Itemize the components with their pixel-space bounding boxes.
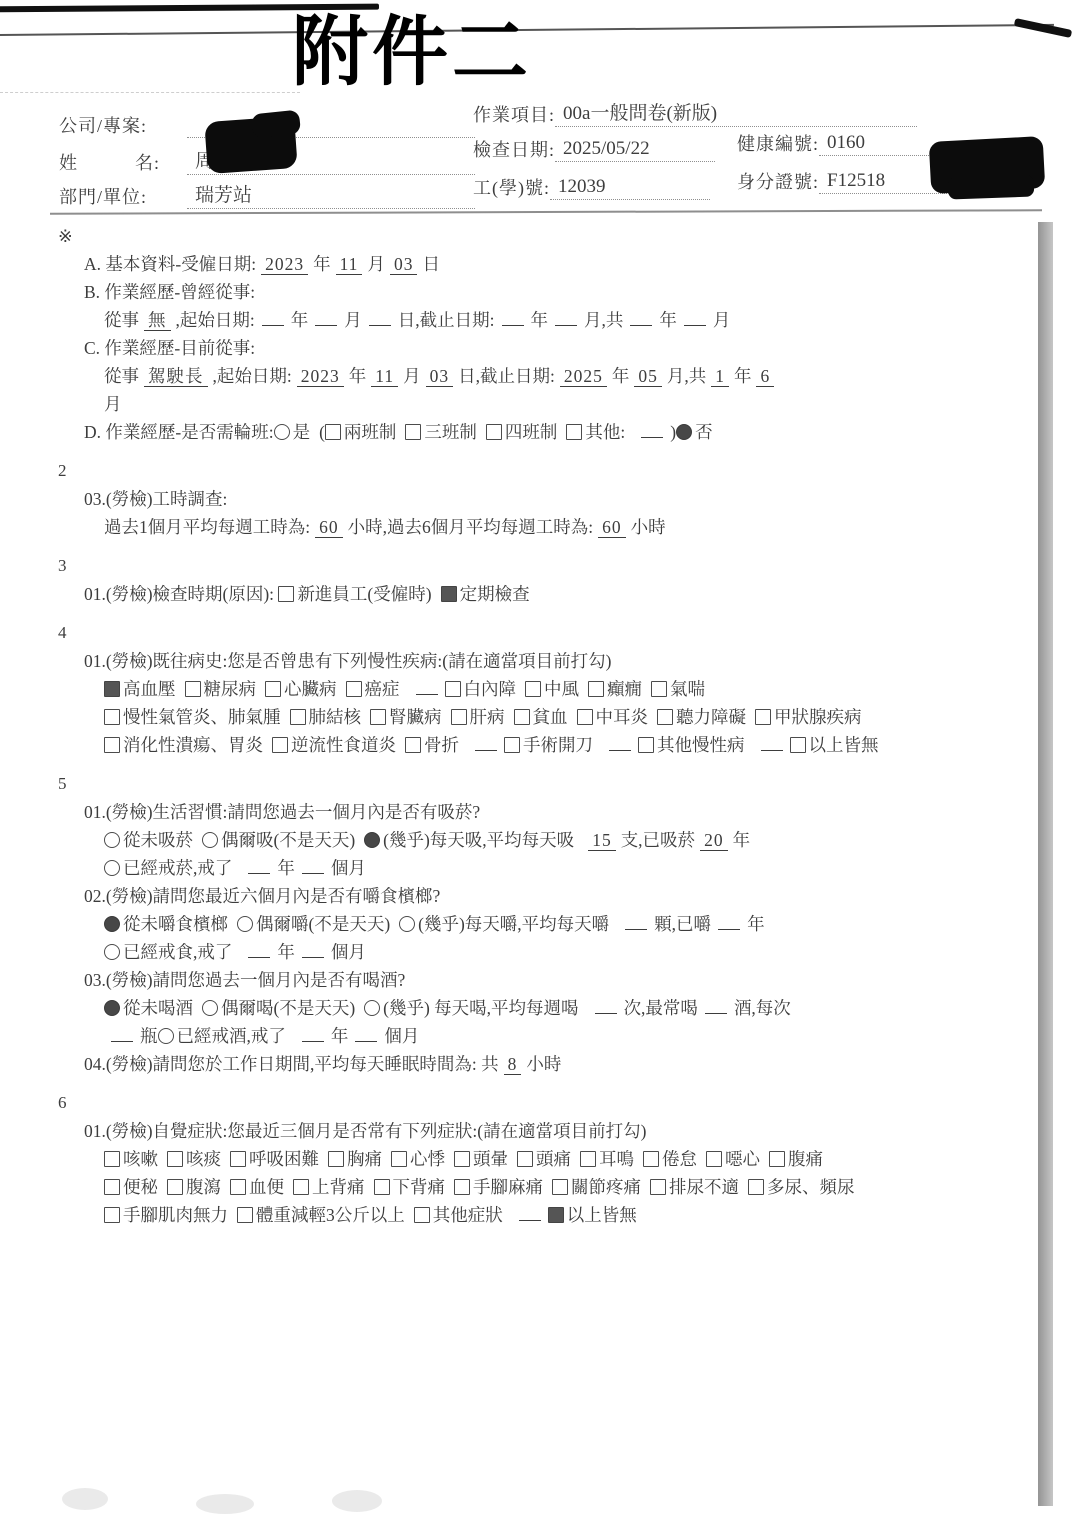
radio-icon[interactable] bbox=[104, 860, 120, 876]
option-label: 關節疼痛 bbox=[571, 1177, 641, 1197]
checkbox-option[interactable]: 骨折 bbox=[405, 735, 459, 755]
text-segment: 5 bbox=[58, 774, 67, 793]
checkbox-icon[interactable] bbox=[265, 681, 281, 697]
text-segment: 瓶 bbox=[140, 1026, 158, 1046]
radio-option[interactable]: 偶爾吸(不是天天) bbox=[202, 830, 355, 850]
filled-value: 1 bbox=[711, 366, 729, 387]
option-label: 已經戒菸,戒了 bbox=[123, 858, 232, 878]
option-label: 三班制 bbox=[424, 422, 477, 442]
checkbox-icon[interactable] bbox=[104, 1207, 120, 1223]
checkbox-icon[interactable] bbox=[293, 1179, 309, 1195]
radio-option[interactable]: (幾乎)每天吸,平均每天吸 bbox=[364, 830, 574, 850]
checkbox-option[interactable]: 四班制 bbox=[486, 422, 558, 442]
blank-field[interactable] bbox=[416, 679, 438, 695]
checkbox-icon[interactable] bbox=[486, 424, 502, 440]
checkbox-icon[interactable] bbox=[650, 1179, 666, 1195]
checkbox-option[interactable]: 糖尿病 bbox=[185, 679, 257, 699]
checkbox-option[interactable]: 上背痛 bbox=[293, 1177, 365, 1197]
checkbox-icon[interactable] bbox=[405, 424, 421, 440]
option-label: 偶爾嚼(不是天天) bbox=[256, 914, 390, 934]
text-segment: 個月 bbox=[331, 942, 366, 962]
text-segment: 支,已吸菸 bbox=[621, 830, 695, 850]
radio-option[interactable]: 否 bbox=[676, 422, 713, 442]
checkbox-option[interactable]: 排尿不適 bbox=[650, 1177, 739, 1197]
option-label: 糖尿病 bbox=[204, 679, 257, 699]
radio-option[interactable]: 從未喝酒 bbox=[104, 998, 193, 1018]
radio-selected-icon[interactable] bbox=[104, 1000, 120, 1016]
option-label: 上背痛 bbox=[312, 1177, 365, 1197]
blank-field[interactable] bbox=[595, 998, 617, 1014]
form-line: 01.(勞檢)生活習慣:請問您過去一個月內是否有吸菸? bbox=[58, 800, 1043, 824]
option-label: (幾乎)每天吸,平均每天吸 bbox=[383, 830, 574, 850]
checkbox-option[interactable]: 肺結核 bbox=[290, 707, 362, 727]
blank-field[interactable] bbox=[519, 1205, 541, 1221]
form-line: ※ bbox=[58, 224, 1043, 248]
option-label: 咳痰 bbox=[186, 1149, 221, 1169]
redaction-mark-id bbox=[948, 175, 1035, 200]
checkbox-option[interactable]: 血便 bbox=[230, 1177, 284, 1197]
checkbox-icon[interactable] bbox=[454, 1151, 470, 1167]
text-segment: B. 作業經歷-曾經從事: bbox=[84, 282, 255, 302]
radio-icon[interactable] bbox=[274, 424, 290, 440]
checkbox-icon[interactable] bbox=[374, 1179, 390, 1195]
checkbox-option[interactable]: 咳嗽 bbox=[104, 1149, 158, 1169]
checkbox-option[interactable]: 新進員工(受僱時) bbox=[278, 584, 431, 604]
form-line: 月 bbox=[58, 392, 1043, 416]
option-label: 其他慢性病 bbox=[657, 735, 745, 755]
option-label: 血便 bbox=[249, 1177, 284, 1197]
blank-field[interactable] bbox=[355, 1026, 377, 1042]
work-item-label: 作業項目: bbox=[473, 101, 555, 127]
checkbox-icon[interactable] bbox=[272, 737, 288, 753]
checkbox-option[interactable]: 肝病 bbox=[451, 707, 505, 727]
blank-field[interactable] bbox=[111, 1026, 133, 1042]
text-segment: 小時 bbox=[526, 1054, 561, 1074]
page-title: 附件二 bbox=[292, 6, 532, 98]
radio-option[interactable]: 已經戒菸,戒了 bbox=[104, 858, 232, 878]
option-label: 胸痛 bbox=[347, 1149, 382, 1169]
checkbox-icon[interactable] bbox=[790, 737, 806, 753]
checkbox-option[interactable]: 心悸 bbox=[391, 1149, 445, 1169]
worker-number-label: 工(學)號: bbox=[473, 174, 550, 200]
text-segment: 月,共 bbox=[584, 310, 623, 330]
checkbox-icon[interactable] bbox=[525, 681, 541, 697]
option-label: 肺結核 bbox=[309, 707, 362, 727]
section-number: 5 bbox=[58, 772, 1043, 796]
checkbox-icon[interactable] bbox=[185, 681, 201, 697]
text-segment: 個月 bbox=[384, 1026, 419, 1046]
option-label: 癌症 bbox=[365, 679, 400, 699]
checkbox-option[interactable]: 癲癇 bbox=[588, 679, 642, 699]
scan-artifact-dashed-line bbox=[0, 92, 300, 93]
section-number: 4 bbox=[58, 621, 1043, 645]
checkbox-icon[interactable] bbox=[167, 1179, 183, 1195]
option-label: 噁心 bbox=[725, 1149, 760, 1169]
text-segment: C. 作業經歷-目前從事: bbox=[84, 338, 255, 358]
option-label: 腎臟病 bbox=[389, 707, 442, 727]
checkbox-icon[interactable] bbox=[278, 586, 294, 602]
option-label: 腹瀉 bbox=[186, 1177, 221, 1197]
blank-field[interactable] bbox=[248, 858, 270, 874]
option-label: 貧血 bbox=[533, 707, 568, 727]
checkbox-icon[interactable] bbox=[405, 737, 421, 753]
blank-field[interactable] bbox=[555, 310, 577, 326]
checkbox-option[interactable]: 其他: bbox=[566, 422, 625, 442]
scan-smudge bbox=[332, 1490, 382, 1512]
text-segment: 01.(勞檢)既往病史:您是否曾患有下列慢性疾病:(請在適當項目前打勾) bbox=[84, 651, 611, 671]
checkbox-option[interactable]: 甲狀腺疾病 bbox=[755, 707, 862, 727]
checkbox-icon[interactable] bbox=[514, 709, 530, 725]
option-label: 聽力障礙 bbox=[676, 707, 746, 727]
checkbox-option[interactable]: 高血壓 bbox=[104, 679, 176, 699]
checkbox-icon[interactable] bbox=[643, 1151, 659, 1167]
text-segment: 年 bbox=[659, 310, 677, 330]
checkbox-icon[interactable] bbox=[104, 709, 120, 725]
option-label: 手術開刀 bbox=[523, 735, 593, 755]
checkbox-option[interactable]: 貧血 bbox=[514, 707, 568, 727]
work-item-value-field[interactable]: 00a一般問卷(新版) bbox=[555, 98, 917, 127]
checkbox-option[interactable]: 腎臟病 bbox=[370, 707, 442, 727]
text-segment: 年 bbox=[313, 254, 331, 274]
option-label: 心臟病 bbox=[284, 679, 337, 699]
radio-icon[interactable] bbox=[158, 1028, 174, 1044]
option-label: 腹痛 bbox=[788, 1149, 823, 1169]
option-label: 是 bbox=[293, 422, 311, 442]
checkbox-icon[interactable] bbox=[104, 737, 120, 753]
checkbox-icon[interactable] bbox=[577, 709, 593, 725]
option-label: 偶爾吸(不是天天) bbox=[221, 830, 355, 850]
checkbox-option[interactable]: 咳痰 bbox=[167, 1149, 221, 1169]
option-label: 定期檢查 bbox=[460, 584, 530, 604]
filled-value: 60 bbox=[598, 517, 626, 538]
checkbox-option[interactable]: 其他慢性病 bbox=[638, 735, 745, 755]
text-segment: 01.(勞檢)生活習慣:請問您過去一個月內是否有吸菸? bbox=[84, 802, 480, 822]
form-line: A. 基本資料-受僱日期:2023年11月03日 bbox=[58, 252, 1043, 276]
form-line: 03.(勞檢)請問您過去一個月內是否有喝酒? bbox=[58, 968, 1043, 992]
filled-value: 2023 bbox=[297, 366, 344, 387]
checkbox-option[interactable]: 定期檢查 bbox=[441, 584, 530, 604]
checkbox-option[interactable]: 手術開刀 bbox=[504, 735, 593, 755]
filled-value: 駕駛長 bbox=[144, 366, 208, 387]
text-segment: 小時,過去6個月平均每週工時為: bbox=[348, 517, 594, 537]
scanned-form-page: 附件二 公司/專案: 姓 名:周 部門/單位:瑞芳站 作業項目:00a一般問卷(… bbox=[0, 0, 1076, 1522]
form-line: 已經戒食,戒了年個月 bbox=[58, 940, 1043, 964]
id-number-label: 身分證號: bbox=[737, 168, 819, 194]
checkbox-icon[interactable] bbox=[769, 1151, 785, 1167]
checkbox-option[interactable]: 體重減輕3公斤以上 bbox=[237, 1205, 405, 1225]
checkbox-option[interactable]: 聽力障礙 bbox=[657, 707, 746, 727]
checkbox-option[interactable]: 胸痛 bbox=[328, 1149, 382, 1169]
radio-option[interactable]: 從未嚼食檳榔 bbox=[104, 914, 228, 934]
checkbox-option[interactable]: 兩班制 bbox=[325, 422, 397, 442]
text-segment: 次,最常喝 bbox=[624, 998, 698, 1018]
filled-value: 15 bbox=[588, 830, 616, 851]
text-segment: 年 bbox=[612, 366, 630, 386]
blank-field[interactable] bbox=[705, 998, 727, 1014]
option-label: 四班制 bbox=[505, 422, 558, 442]
checkbox-icon[interactable] bbox=[504, 737, 520, 753]
form-line: 從事駕駛長,起始日期:2023年11月03日,截止日期:2025年05月,共1年… bbox=[58, 364, 1043, 388]
blank-field[interactable] bbox=[718, 914, 740, 930]
filled-value: 11 bbox=[336, 254, 363, 275]
checkbox-icon[interactable] bbox=[657, 709, 673, 725]
checkbox-option[interactable]: 倦怠 bbox=[643, 1149, 697, 1169]
option-label: 白內障 bbox=[464, 679, 517, 699]
filled-value: 20 bbox=[700, 830, 728, 851]
checkbox-checked-icon[interactable] bbox=[441, 586, 457, 602]
checkbox-option[interactable]: 中耳炎 bbox=[577, 707, 649, 727]
option-label: 骨折 bbox=[424, 735, 459, 755]
checkbox-icon[interactable] bbox=[651, 681, 667, 697]
filled-value: 03 bbox=[390, 254, 418, 275]
checkbox-icon[interactable] bbox=[566, 424, 582, 440]
text-segment: 年 bbox=[747, 914, 765, 934]
text-segment: 03.(勞檢)請問您過去一個月內是否有喝酒? bbox=[84, 970, 405, 990]
text-segment: 月 bbox=[367, 254, 385, 274]
radio-option[interactable]: 已經戒食,戒了 bbox=[104, 942, 232, 962]
text-segment: 日,截止日期: bbox=[398, 310, 495, 330]
checkbox-icon[interactable] bbox=[445, 681, 461, 697]
checkbox-icon[interactable] bbox=[638, 737, 654, 753]
checkbox-option[interactable]: 白內障 bbox=[445, 679, 517, 699]
checkbox-icon[interactable] bbox=[706, 1151, 722, 1167]
blank-field[interactable] bbox=[248, 942, 270, 958]
checkbox-icon[interactable] bbox=[325, 424, 341, 440]
checkbox-option[interactable]: 腹瀉 bbox=[167, 1177, 221, 1197]
section-number: 2 bbox=[58, 459, 1043, 483]
blank-field[interactable] bbox=[630, 310, 652, 326]
checkbox-icon[interactable] bbox=[580, 1151, 596, 1167]
text-segment: 04.(勞檢)請問您於工作日期間,平均每天睡眠時間為: 共 bbox=[84, 1054, 499, 1074]
checkbox-icon[interactable] bbox=[167, 1151, 183, 1167]
checkbox-icon[interactable] bbox=[517, 1151, 533, 1167]
checkbox-option[interactable]: 慢性氣管炎、肺氣腫 bbox=[104, 707, 281, 727]
radio-selected-icon[interactable] bbox=[364, 832, 380, 848]
option-label: 便秘 bbox=[123, 1177, 158, 1197]
checkbox-icon[interactable] bbox=[230, 1151, 246, 1167]
option-label: (幾乎) 每天喝,平均每週喝 bbox=[383, 998, 578, 1018]
blank-field[interactable] bbox=[625, 914, 647, 930]
checkbox-icon[interactable] bbox=[414, 1207, 430, 1223]
radio-option[interactable]: 已經戒酒,戒了 bbox=[158, 1026, 286, 1046]
checkbox-option[interactable]: 心臟病 bbox=[265, 679, 337, 699]
radio-option[interactable]: 偶爾喝(不是天天) bbox=[202, 998, 355, 1018]
option-label: 中耳炎 bbox=[596, 707, 649, 727]
blank-field[interactable] bbox=[302, 1026, 324, 1042]
option-label: 氣喘 bbox=[670, 679, 705, 699]
blank-field[interactable] bbox=[475, 735, 497, 751]
checkbox-icon[interactable] bbox=[237, 1207, 253, 1223]
checkbox-option[interactable]: 關節疼痛 bbox=[552, 1177, 641, 1197]
checkbox-checked-icon[interactable] bbox=[548, 1207, 564, 1223]
text-segment: 4 bbox=[58, 623, 67, 642]
checkbox-option[interactable]: 多尿、頻尿 bbox=[748, 1177, 855, 1197]
text-segment: 3 bbox=[58, 556, 67, 575]
option-label: 從未嚼食檳榔 bbox=[123, 914, 228, 934]
blank-field[interactable] bbox=[502, 310, 524, 326]
checkbox-icon[interactable] bbox=[230, 1179, 246, 1195]
radio-icon[interactable] bbox=[364, 1000, 380, 1016]
option-label: 多尿、頻尿 bbox=[767, 1177, 855, 1197]
text-segment: 月 bbox=[403, 366, 421, 386]
blank-field[interactable] bbox=[369, 310, 391, 326]
text-segment: 年 bbox=[277, 942, 295, 962]
option-label: 呼吸困難 bbox=[249, 1149, 319, 1169]
form-line: 從事無,起始日期:年月日,截止日期:年月,共年月 bbox=[58, 308, 1043, 332]
text-segment: ,起始日期: bbox=[176, 310, 255, 330]
work-item-row: 作業項目:00a一般問卷(新版) bbox=[473, 98, 917, 127]
checkbox-icon[interactable] bbox=[328, 1151, 344, 1167]
checkbox-option[interactable]: 中風 bbox=[525, 679, 579, 699]
radio-icon[interactable] bbox=[399, 916, 415, 932]
radio-icon[interactable] bbox=[104, 944, 120, 960]
checkbox-icon[interactable] bbox=[104, 1151, 120, 1167]
checkbox-option[interactable]: 以上皆無 bbox=[548, 1205, 637, 1225]
blank-field[interactable] bbox=[609, 735, 631, 751]
form-line: 03.(勞檢)工時調查: bbox=[58, 487, 1043, 511]
option-label: 倦怠 bbox=[662, 1149, 697, 1169]
checkbox-option[interactable]: 下背痛 bbox=[374, 1177, 446, 1197]
checkbox-option[interactable]: 三班制 bbox=[405, 422, 477, 442]
blank-field[interactable] bbox=[302, 858, 324, 874]
exam-date-value-field[interactable]: 2025/05/22 bbox=[555, 138, 715, 162]
radio-selected-icon[interactable] bbox=[676, 424, 692, 440]
form-header: 公司/專案: 姓 名:周 部門/單位:瑞芳站 作業項目:00a一般問卷(新版) … bbox=[55, 98, 1043, 212]
checkbox-icon[interactable] bbox=[346, 681, 362, 697]
checkbox-option[interactable]: 噁心 bbox=[706, 1149, 760, 1169]
text-segment: 年 bbox=[349, 366, 367, 386]
option-label: 下背痛 bbox=[393, 1177, 446, 1197]
checkbox-option[interactable]: 呼吸困難 bbox=[230, 1149, 319, 1169]
checkbox-icon[interactable] bbox=[588, 681, 604, 697]
form-line: 高血壓糖尿病心臟病癌症白內障中風癲癇氣喘 bbox=[58, 677, 1043, 701]
name-label: 姓 名: bbox=[59, 149, 187, 175]
text-segment: ※ bbox=[58, 226, 73, 246]
text-segment: 月,共 bbox=[667, 366, 706, 386]
checkbox-icon[interactable] bbox=[755, 709, 771, 725]
blank-field[interactable] bbox=[262, 310, 284, 326]
form-line: 過去1個月平均每週工時為:60小時,過去6個月平均每週工時為:60小時 bbox=[58, 515, 1043, 539]
text-segment: 過去1個月平均每週工時為: bbox=[104, 517, 310, 537]
checkbox-option[interactable]: 逆流性食道炎 bbox=[272, 735, 396, 755]
checkbox-checked-icon[interactable] bbox=[104, 681, 120, 697]
checkbox-option[interactable]: 頭暈 bbox=[454, 1149, 508, 1169]
option-label: 已經戒酒,戒了 bbox=[177, 1026, 286, 1046]
text-segment: A. 基本資料-受僱日期: bbox=[84, 254, 256, 274]
option-label: 已經戒食,戒了 bbox=[123, 942, 232, 962]
checkbox-option[interactable]: 便秘 bbox=[104, 1177, 158, 1197]
department-row: 部門/單位:瑞芳站 bbox=[59, 180, 475, 209]
form-line: 02.(勞檢)請問您最近六個月內是否有嚼食檳榔? bbox=[58, 884, 1043, 908]
checkbox-icon[interactable] bbox=[370, 709, 386, 725]
blank-field[interactable] bbox=[302, 942, 324, 958]
company-label: 公司/專案: bbox=[59, 112, 187, 138]
option-label: 消化性潰瘍、胃炎 bbox=[123, 735, 263, 755]
radio-option[interactable]: (幾乎)每天嚼,平均每天嚼 bbox=[399, 914, 609, 934]
option-label: 手腳麻痛 bbox=[473, 1177, 543, 1197]
form-line: B. 作業經歷-曾經從事: bbox=[58, 280, 1043, 304]
option-label: 逆流性食道炎 bbox=[291, 735, 396, 755]
radio-icon[interactable] bbox=[202, 1000, 218, 1016]
checkbox-icon[interactable] bbox=[290, 709, 306, 725]
form-line: 慢性氣管炎、肺氣腫肺結核腎臟病肝病貧血中耳炎聽力障礙甲狀腺疾病 bbox=[58, 705, 1043, 729]
radio-option[interactable]: 是 bbox=[274, 422, 311, 442]
option-label: 從未吸菸 bbox=[123, 830, 193, 850]
form-line: 已經戒菸,戒了年個月 bbox=[58, 856, 1043, 880]
blank-field[interactable] bbox=[761, 735, 783, 751]
checkbox-icon[interactable] bbox=[451, 709, 467, 725]
checkbox-icon[interactable] bbox=[748, 1179, 764, 1195]
option-label: 兩班制 bbox=[344, 422, 397, 442]
worker-number-row: 工(學)號:12039 bbox=[473, 174, 710, 200]
checkbox-option[interactable]: 腹痛 bbox=[769, 1149, 823, 1169]
checkbox-option[interactable]: 消化性潰瘍、胃炎 bbox=[104, 735, 263, 755]
option-label: 手腳肌肉無力 bbox=[123, 1205, 228, 1225]
checkbox-option[interactable]: 耳鳴 bbox=[580, 1149, 634, 1169]
form-line: C. 作業經歷-目前從事: bbox=[58, 336, 1043, 360]
department-value-field[interactable]: 瑞芳站 bbox=[187, 180, 475, 209]
radio-option[interactable]: (幾乎) 每天喝,平均每週喝 bbox=[364, 998, 578, 1018]
text-segment: 年 bbox=[291, 310, 309, 330]
checkbox-icon[interactable] bbox=[552, 1179, 568, 1195]
text-segment: 從事 bbox=[104, 310, 139, 330]
option-label: 以上皆無 bbox=[567, 1205, 637, 1225]
option-label: 以上皆無 bbox=[809, 735, 879, 755]
radio-icon[interactable] bbox=[104, 832, 120, 848]
checkbox-icon[interactable] bbox=[104, 1179, 120, 1195]
checkbox-option[interactable]: 頭痛 bbox=[517, 1149, 571, 1169]
form-line: 便秘腹瀉血便上背痛下背痛手腳麻痛關節疼痛排尿不適多尿、頻尿 bbox=[58, 1175, 1043, 1199]
form-line: 04.(勞檢)請問您於工作日期間,平均每天睡眠時間為: 共8小時 bbox=[58, 1052, 1043, 1076]
blank-field[interactable] bbox=[684, 310, 706, 326]
checkbox-option[interactable]: 其他症狀 bbox=[414, 1205, 503, 1225]
form-line: 手腳肌肉無力體重減輕3公斤以上其他症狀以上皆無 bbox=[58, 1203, 1043, 1227]
radio-option[interactable]: 偶爾嚼(不是天天) bbox=[237, 914, 390, 934]
text-segment: 從事 bbox=[104, 366, 139, 386]
radio-icon[interactable] bbox=[237, 916, 253, 932]
worker-number-value-field[interactable]: 12039 bbox=[550, 176, 710, 200]
checkbox-option[interactable]: 以上皆無 bbox=[790, 735, 879, 755]
radio-icon[interactable] bbox=[202, 832, 218, 848]
form-line: 從未喝酒偶爾喝(不是天天)(幾乎) 每天喝,平均每週喝次,最常喝酒,每次 bbox=[58, 996, 1043, 1020]
blank-field[interactable] bbox=[315, 310, 337, 326]
filled-value: 11 bbox=[371, 366, 398, 387]
filled-value: 05 bbox=[634, 366, 662, 387]
option-label: 慢性氣管炎、肺氣腫 bbox=[123, 707, 281, 727]
option-label: 高血壓 bbox=[123, 679, 176, 699]
scan-smudge bbox=[62, 1488, 108, 1510]
checkbox-option[interactable]: 癌症 bbox=[346, 679, 400, 699]
text-segment: 酒,每次 bbox=[734, 998, 791, 1018]
option-label: 咳嗽 bbox=[123, 1149, 158, 1169]
checkbox-option[interactable]: 手腳麻痛 bbox=[454, 1177, 543, 1197]
checkbox-option[interactable]: 手腳肌肉無力 bbox=[104, 1205, 228, 1225]
text-segment: 月 bbox=[344, 310, 362, 330]
option-label: 癲癇 bbox=[607, 679, 642, 699]
health-number-row: 健康編號:0160 bbox=[737, 130, 949, 156]
checkbox-icon[interactable] bbox=[454, 1179, 470, 1195]
exam-date-label: 檢查日期: bbox=[473, 136, 555, 162]
blank-field[interactable] bbox=[641, 422, 663, 438]
radio-selected-icon[interactable] bbox=[104, 916, 120, 932]
radio-option[interactable]: 從未吸菸 bbox=[104, 830, 193, 850]
form-line: 從未嚼食檳榔偶爾嚼(不是天天)(幾乎)每天嚼,平均每天嚼顆,已嚼年 bbox=[58, 912, 1043, 936]
form-line: 01.(勞檢)檢查時期(原因): 新進員工(受僱時)定期檢查 bbox=[58, 582, 1043, 606]
checkbox-icon[interactable] bbox=[391, 1151, 407, 1167]
option-label: 頭痛 bbox=[536, 1149, 571, 1169]
checkbox-option[interactable]: 氣喘 bbox=[651, 679, 705, 699]
text-segment: 月 bbox=[713, 310, 731, 330]
